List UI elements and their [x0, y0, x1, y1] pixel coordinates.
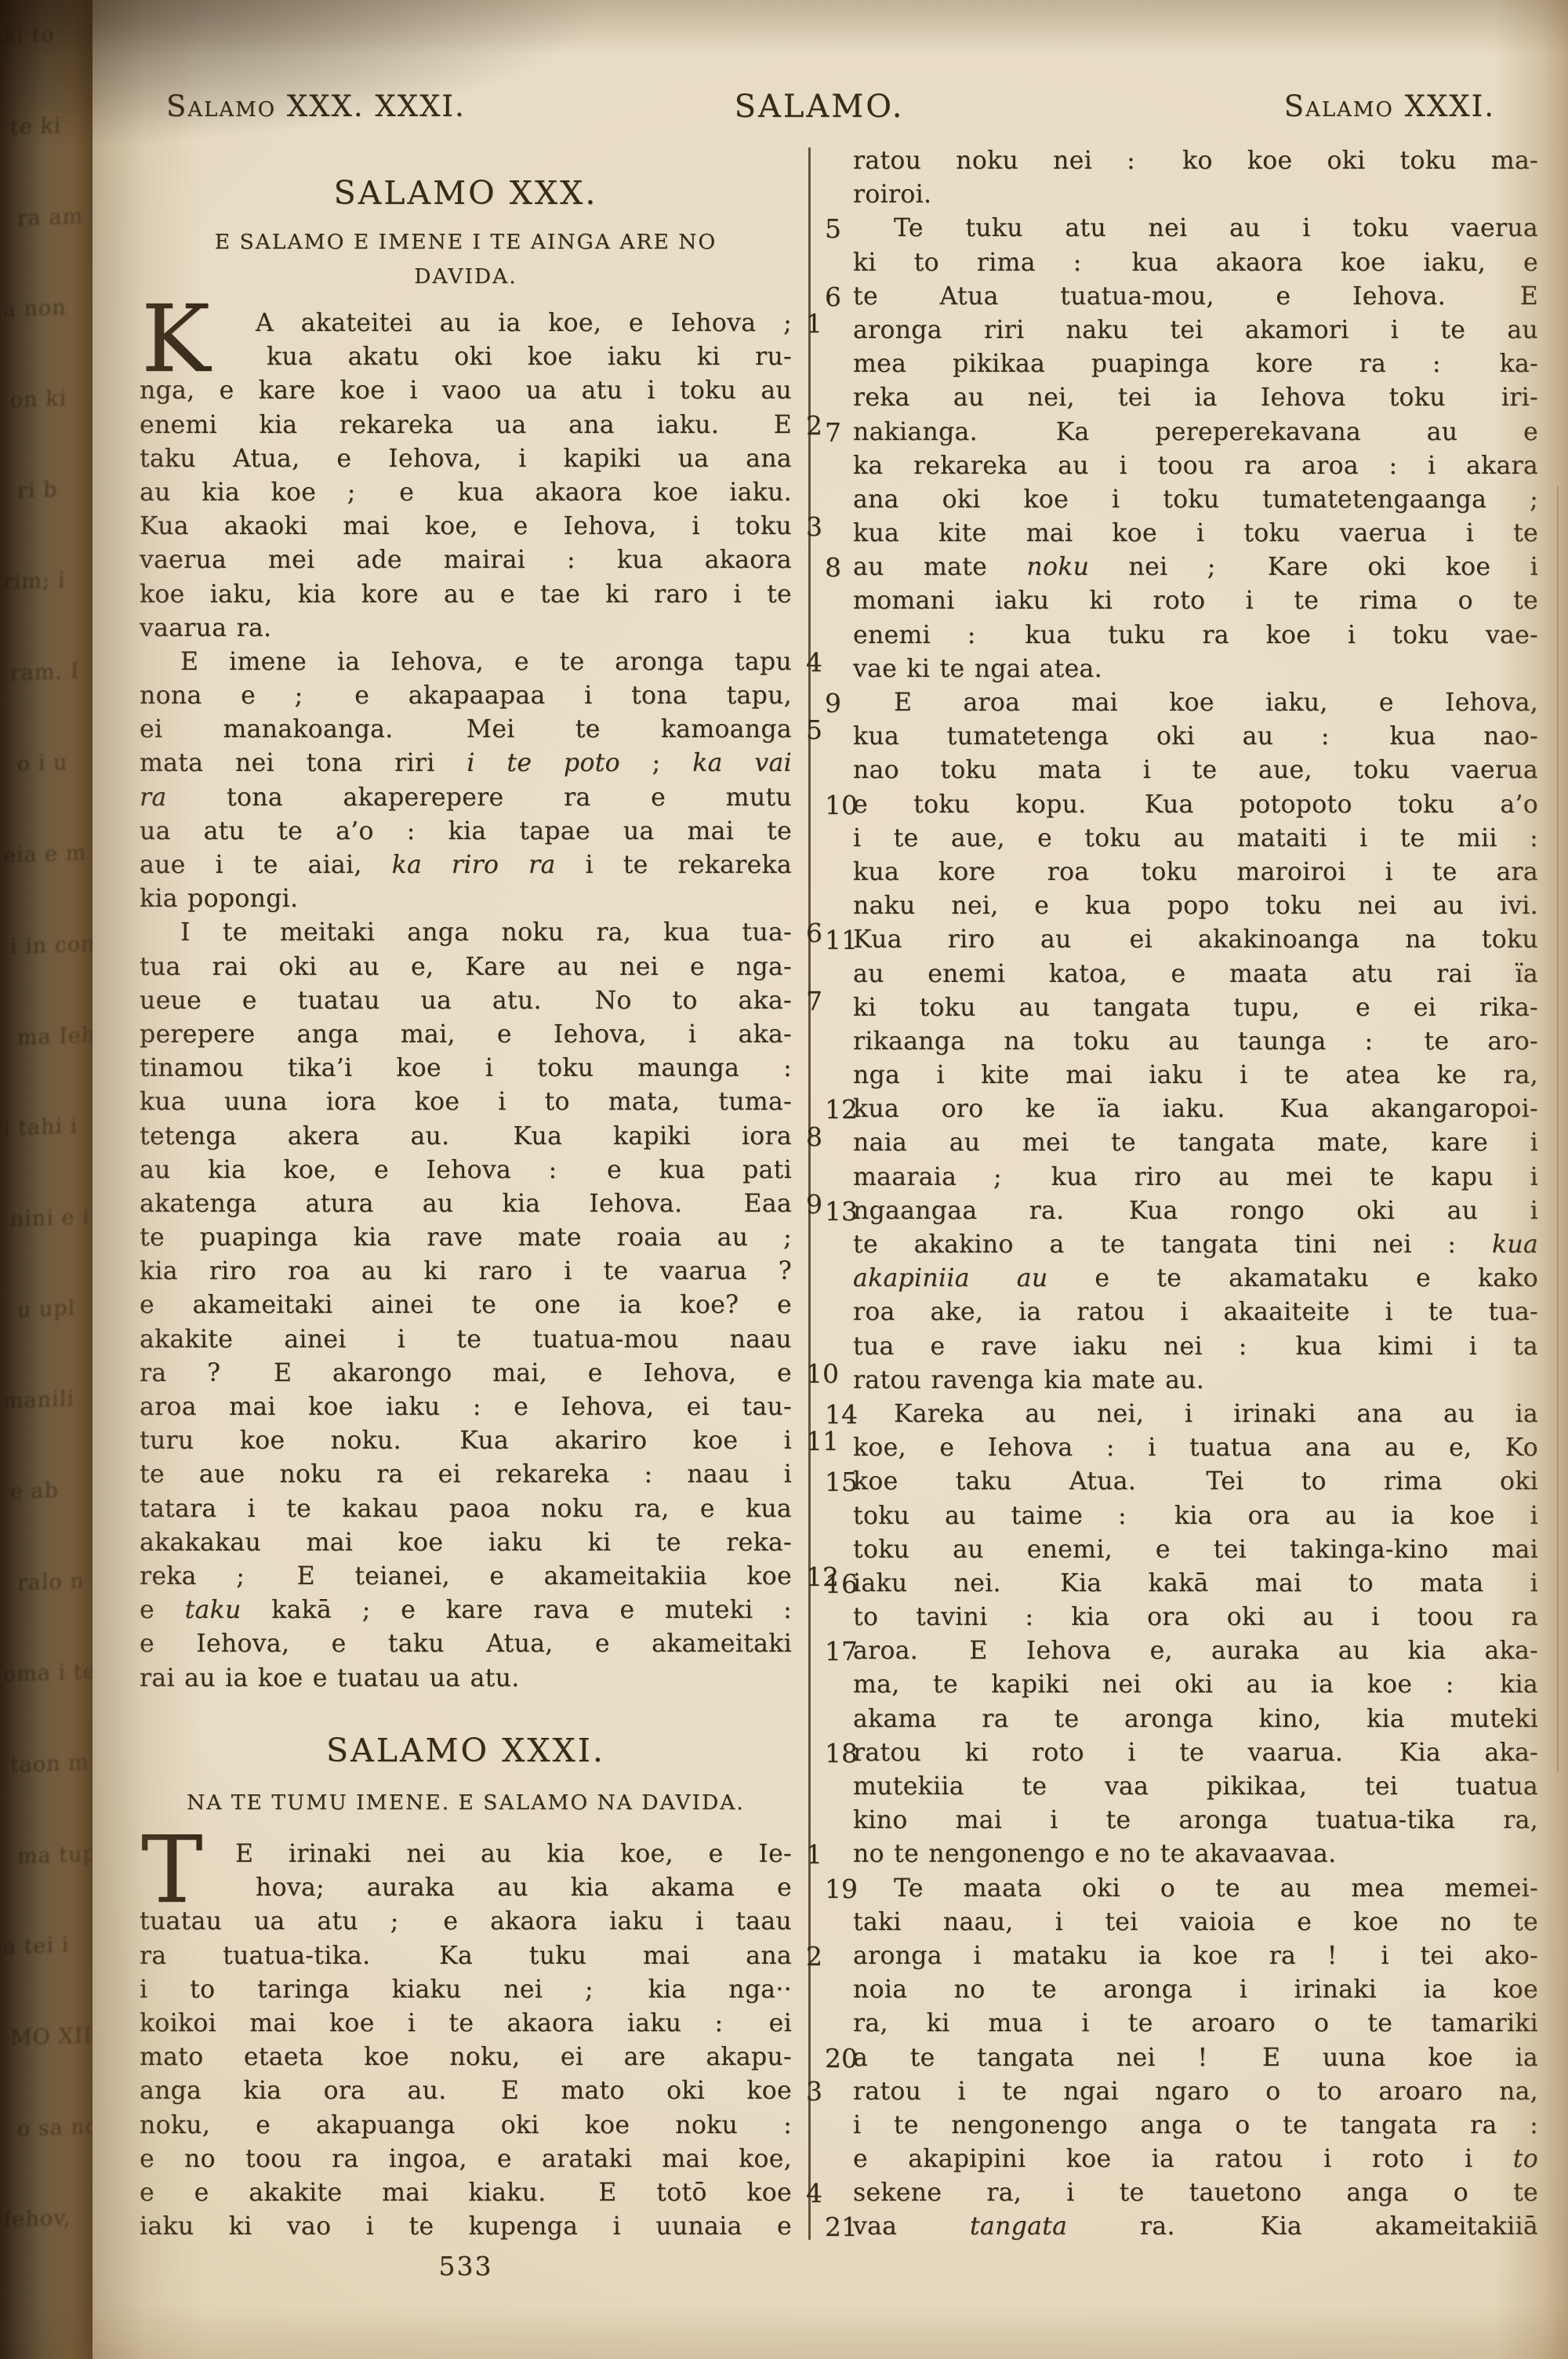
- verse-number: 14: [825, 1398, 880, 1431]
- text-line: toku au taime : kia ora au ia koe i: [853, 1499, 1538, 1533]
- previous-page-text-fragment: o sa no: [16, 2114, 93, 2142]
- text-line: turu koe noku. Kua akariro koe i11: [140, 1424, 792, 1458]
- text-line: rai au ia koe e tuatau ua atu.: [140, 1662, 792, 1696]
- previous-page-text-fragment: ra am: [16, 205, 83, 231]
- previous-page-text-fragment: ma tups: [16, 1841, 93, 1869]
- text-line: tua e rave iaku nei : kua kimi i ta: [853, 1330, 1538, 1364]
- previous-page-text-fragment: i in com: [9, 932, 93, 959]
- verse-number: 12: [825, 1092, 880, 1126]
- text-line: mutekiia te vaa pikikaa, tei tuatua: [853, 1770, 1538, 1804]
- verse-number: 20: [825, 2041, 880, 2075]
- text-line: aue i te aiai, ka riro ra i te rekareka: [140, 849, 792, 882]
- text-line: tetenga akera au. Kua kapiki iora8: [140, 1120, 792, 1154]
- text-line: noia no te aronga i irinaki ia koe: [853, 1973, 1538, 2007]
- right-margin-rule: [1557, 486, 1559, 1772]
- text-line: iaku nei. Kia kakā mai to mata i16: [853, 1567, 1538, 1601]
- previous-page-text-fragment: MO XII: [9, 2023, 93, 2051]
- psalm-31-subtitle: NA TE TUMU IMENE. E SALAMO NA DAVIDA.: [140, 1790, 792, 1815]
- text-line: I te meitaki anga noku ra, kua tua-6: [140, 916, 792, 950]
- text-line: Kareka au nei, i irinaki ana au ia14: [853, 1398, 1538, 1431]
- text-line: akakite ainei i te tuatua-mou naau: [140, 1323, 792, 1357]
- text-line: ei manakoanga. Mei te kamoanga5: [140, 713, 792, 747]
- text-line: a te tangata nei ! E uuna koe ia20: [853, 2041, 1538, 2075]
- text-line: roa ake, ia ratou i akaaiteite i te tua-: [853, 1296, 1538, 1329]
- text-line: au kia koe ; e kua akaora koe iaku.: [140, 476, 792, 510]
- verse-number: 8: [825, 551, 880, 584]
- previous-page-text-fragment: rim; i: [2, 569, 66, 595]
- text-line: ka rekareka au i toou ra aroa : i akara: [853, 449, 1538, 483]
- text-line: e Iehova, e taku Atua, e akameitaki: [140, 1627, 792, 1661]
- text-line: Te tuku atu nei au i toku vaerua5: [853, 212, 1538, 245]
- text-line: hova; auraka au kia akama e: [140, 1871, 792, 1905]
- verse-number: 7: [806, 984, 853, 1018]
- text-line: ngaangaa ra. Kua rongo oki au i13: [853, 1194, 1538, 1228]
- text-line: mea pikikaa puapinga kore ra : ka-: [853, 347, 1538, 381]
- text-line: E aroa mai koe iaku, e Iehova,9: [853, 686, 1538, 720]
- text-line: aroa. E Iehova e, auraka au kia aka-17: [853, 1634, 1538, 1668]
- text-line: vae ki te ngai atea.: [853, 652, 1538, 686]
- text-line: e taku kakā ; e kare rava e muteki :: [140, 1594, 792, 1627]
- text-line: naia au mei te tangata mate, kare i: [853, 1126, 1538, 1160]
- text-line: reka au nei, tei ia Iehova toku iri-: [853, 381, 1538, 415]
- text-line: te puapinga kia rave mate roaia au ;: [140, 1221, 792, 1255]
- previous-page-text-fragment: e ab: [9, 1478, 59, 1504]
- previous-page-text-fragment: o i u: [16, 751, 67, 776]
- text-line: momani iaku ki roto i te rima o te: [853, 584, 1538, 618]
- verse-number: 16: [825, 1567, 880, 1601]
- psalm-30-subtitle-line1: E SALAMO E IMENE I TE AINGA ARE NO: [140, 230, 792, 254]
- text-line: akama ra te aronga kino, kia muteki: [853, 1703, 1538, 1736]
- previous-page-text-fragment: ralo n: [16, 1568, 85, 1595]
- previous-page-text-fragment: on ki: [9, 387, 67, 413]
- text-line: Kua akaoki mai koe, e Iehova, i toku3: [140, 510, 792, 543]
- text-line: vaarua ra.: [140, 612, 792, 645]
- text-line: koe, e Iehova : i tuatua ana au e, Ko: [853, 1431, 1538, 1465]
- previous-page-text-fragment: a tei i: [2, 1932, 69, 1959]
- text-line: nga, e kare koe i vaoo ua atu i toku au: [140, 374, 792, 408]
- text-line: ra, ki mua i te aroaro o te tamariki: [853, 2007, 1538, 2041]
- verse-number: 17: [825, 1634, 880, 1668]
- text-line: ma, te kapiki nei oki au ia koe : kia: [853, 1668, 1538, 1702]
- previous-page-text-fragment: Iehov,: [2, 2205, 71, 2232]
- text-line: E imene ia Iehova, e te aronga tapu4: [140, 645, 792, 679]
- text-line: i te aue, e toku au mataiti i te mii :: [853, 822, 1538, 856]
- text-line: reka ; E teianei, e akameitakiia koe12: [140, 1560, 792, 1594]
- verse-number: 3: [806, 510, 853, 543]
- verse-number: 9: [825, 686, 880, 720]
- text-line: vaerua mei ade mairai : kua akaora: [140, 543, 792, 577]
- verse-number: 10: [825, 788, 880, 822]
- text-line: ratou ki roto i te vaarua. Kia aka-18: [853, 1736, 1538, 1770]
- verse-number: 13: [825, 1194, 880, 1228]
- verse-number: 15: [825, 1465, 880, 1499]
- text-line: maaraia ; kua riro au mei te kapu i: [853, 1161, 1538, 1194]
- text-line: sekene ra, i te tauetono anga o te: [853, 2176, 1538, 2210]
- previous-page-text-fragment: oma i te: [2, 1659, 93, 1687]
- text-line: ratou ravenga kia mate au.: [853, 1364, 1538, 1398]
- text-line: ana oki koe i toku tumatetengaanga ;: [853, 483, 1538, 517]
- previous-page-text-fragment: i tahi i: [2, 1114, 78, 1140]
- text-line: e e akakite mai kiaku. E totō koe4: [140, 2176, 792, 2210]
- text-line: koikoi mai koe i te akaora iaku : ei: [140, 2007, 792, 2041]
- psalm-30-subtitle-line2: DAVIDA.: [140, 264, 792, 289]
- text-line: tua rai oki au e, Kare au nei e nga-: [140, 951, 792, 984]
- previous-page-text-fragment: taon m: [9, 1750, 89, 1778]
- text-line: kia riro roa au ki raro i te vaarua ?: [140, 1255, 792, 1289]
- verse-number: 10: [806, 1357, 853, 1390]
- text-line: i te nengonengo anga o te tangata ra :: [853, 2109, 1538, 2143]
- text-line: ratou noku nei : ko koe oki toku ma-: [853, 144, 1538, 178]
- psalm-31-text-column: T E irinaki nei au kia koe, e Ie-1hova; …: [140, 1837, 792, 2244]
- text-line: kua kore roa toku maroiroi i te ara: [853, 856, 1538, 889]
- text-line: kino mai i te aronga tuatua-tika ra,: [853, 1804, 1538, 1837]
- text-line: to tavini : kia ora oki au i toou ra: [853, 1601, 1538, 1634]
- previous-page-edge: ki tote kira ama nonon kiri brim; iram. …: [0, 0, 93, 2359]
- text-line: rikaanga na toku au taunga : te aro-: [853, 1025, 1538, 1059]
- text-line: perepere anga mai, e Iehova, i aka-: [140, 1018, 792, 1052]
- text-line: ueue e tuatau ua atu. No to aka-7: [140, 984, 792, 1018]
- text-line: tatara i te kakau paoa noku ra, e kua: [140, 1492, 792, 1526]
- text-line: aronga riri naku tei akamori i te au: [853, 314, 1538, 347]
- text-line: tinamou tika’i koe i toku maunga :: [140, 1052, 792, 1085]
- text-line: A akateitei au ia koe, e Iehova ;1: [140, 307, 792, 340]
- text-line: enemi : kua tuku ra koe i toku vae-: [853, 619, 1538, 652]
- previous-page-text-fragment: ki to: [2, 23, 55, 49]
- text-line: kua tumatetenga oki au : kua nao-: [853, 720, 1538, 754]
- text-line: e akapipini koe ia ratou i roto i to: [853, 2143, 1538, 2176]
- text-line: taku Atua, e Iehova, i kapiki ua ana: [140, 442, 792, 476]
- text-line: te aue noku ra ei rekareka : naau i: [140, 1458, 792, 1492]
- previous-page-text-fragment: a non: [2, 296, 67, 322]
- running-head-center: SALAMO.: [729, 88, 909, 125]
- text-line: i to taringa kiaku nei ; kia nga··: [140, 1973, 792, 2007]
- text-line: mata nei tona riri i te poto ; ka vai: [140, 747, 792, 780]
- verse-number: 4: [806, 645, 853, 679]
- text-line: no te nengonengo e no te akavaavaa.: [853, 1837, 1538, 1871]
- text-line: akakakau mai koe iaku ki te reka-: [140, 1526, 792, 1560]
- verse-number: 6: [825, 280, 880, 314]
- text-line: au mate noku nei ; Kare oki koe i8: [853, 551, 1538, 584]
- text-line: ra tuatua-tika. Ka tuku mai ana2: [140, 1939, 792, 1973]
- text-line: akatenga atura au kia Iehova. Eaa9: [140, 1187, 792, 1221]
- previous-page-text-fragment: te ki: [9, 114, 61, 140]
- text-line: te Atua tuatua-mou, e Iehova. E6: [853, 280, 1538, 314]
- text-line: e toku kopu. Kua potopoto toku a’o10: [853, 788, 1538, 822]
- verse-number: 18: [825, 1736, 880, 1770]
- text-line: toku au enemi, e tei takinga-kino mai: [853, 1533, 1538, 1567]
- text-line: roiroi.: [853, 178, 1538, 212]
- text-line: Te maata oki o te au mea memei-19: [853, 1872, 1538, 1906]
- text-line: ki to rima : kua akaora koe iaku, e: [853, 246, 1538, 280]
- previous-page-text-fragment: ram. I: [9, 659, 79, 685]
- previous-page-text-fragment: ma Ieho: [16, 1023, 93, 1050]
- text-line: ratou i te ngai ngaro o to aroaro na,: [853, 2075, 1538, 2109]
- running-head-right: Salamo XXXI.: [1219, 88, 1495, 125]
- text-line: iaku ki vao i te kupenga i uunaia e: [140, 2210, 792, 2244]
- text-line: nga i kite mai iaku i te atea ke ra,: [853, 1059, 1538, 1092]
- text-line: enemi kia rekareka ua ana iaku. E2: [140, 409, 792, 442]
- text-line: aroa mai koe iaku : e Iehova, ei tau-: [140, 1390, 792, 1424]
- previous-page-text-fragment: ri b: [16, 478, 57, 503]
- text-line: mato etaeta koe noku, ei are akapu-: [140, 2041, 792, 2074]
- verse-number: 21: [825, 2210, 880, 2244]
- page-number: 533: [140, 2251, 792, 2281]
- book-page-photo: ki tote kira ama nonon kiri brim; iram. …: [0, 0, 1568, 2359]
- verse-number: 19: [825, 1872, 880, 1906]
- text-line: e akameitaki ainei te one ia koe? e: [140, 1289, 792, 1322]
- text-line: E irinaki nei au kia koe, e Ie-1: [140, 1837, 792, 1871]
- text-line: e no toou ra ingoa, e arataki mai koe,: [140, 2143, 792, 2176]
- verse-number: 7: [825, 416, 880, 449]
- text-line: aronga i mataku ia koe ra ! i tei ako-: [853, 1939, 1538, 1973]
- right-text-column: ratou noku nei : ko koe oki toku ma-roir…: [853, 144, 1538, 2245]
- previous-page-text-fragment: nini e i: [9, 1205, 90, 1232]
- previous-page-text-fragment: manili: [2, 1387, 74, 1413]
- verse-number: 5: [825, 212, 880, 245]
- text-line: ra ? E akarongo mai, e Iehova, e10: [140, 1357, 792, 1390]
- verse-number: 1: [806, 1837, 853, 1871]
- text-line: tuatau ua atu ; e akaora iaku i taau: [140, 1905, 792, 1939]
- verse-number: 11: [825, 923, 880, 957]
- text-line: kua kite mai koe i toku vaerua i te: [853, 517, 1538, 551]
- text-line: nona e ; e akapaapaa i tona tapu,: [140, 679, 792, 713]
- text-line: Kua riro au ei akakinoanga na toku11: [853, 923, 1538, 957]
- text-line: koe iaku, kia kore au e tae ki raro i te: [140, 578, 792, 612]
- previous-page-text-fragment: eia e m: [2, 841, 86, 868]
- text-line: naku nei, e kua popo toku nei au ivi.: [853, 889, 1538, 923]
- previous-page-text-fragment: u upl: [16, 1296, 75, 1323]
- text-line: koe taku Atua. Tei to rima oki15: [853, 1465, 1538, 1499]
- psalm-31-title: SALAMO XXXI.: [140, 1732, 792, 1769]
- text-line: nakianga. Ka pereperekavana au e7: [853, 416, 1538, 449]
- text-line: anga kia ora au. E mato oki koe3: [140, 2074, 792, 2108]
- text-line: ki toku au tangata tupu, e ei rika-: [853, 991, 1538, 1025]
- text-line: noku, e akapuanga oki koe noku :: [140, 2109, 792, 2143]
- psalm-30-title: SALAMO XXX.: [140, 174, 792, 212]
- text-line: vaa tangata ra. Kia akameitakiiā21: [853, 2210, 1538, 2244]
- text-line: au kia koe, e Iehova : e kua pati: [140, 1154, 792, 1187]
- verse-number: 3: [806, 2074, 853, 2108]
- text-line: kua akatu oki koe iaku ki ru-: [140, 340, 792, 374]
- text-line: au enemi katoa, e maata atu rai ïa: [853, 958, 1538, 991]
- text-line: taki naau, i tei vaioia e koe no te: [853, 1906, 1538, 1939]
- text-line: ra tona akaperepere ra e mutu: [140, 781, 792, 815]
- psalm-30-text-column: K A akateitei au ia koe, e Iehova ;1kua …: [140, 307, 792, 1696]
- text-line: ua atu te a’o : kia tapae ua mai te: [140, 815, 792, 849]
- text-line: kua oro ke ïa iaku. Kua akangaropoi-12: [853, 1092, 1538, 1126]
- text-line: te akakino a te tangata tini nei : kua: [853, 1228, 1538, 1262]
- running-head-left: Salamo XXX. XXXI.: [166, 88, 466, 125]
- verse-number: 4: [806, 2176, 853, 2210]
- verse-number: 2: [806, 1939, 853, 1973]
- text-line: kua uuna iora koe i to mata, tuma-: [140, 1085, 792, 1119]
- text-line: kia popongi.: [140, 882, 792, 916]
- text-line: akapiniia au e te akamataku e kako: [853, 1262, 1538, 1296]
- text-line: nao toku mata i te aue, toku vaerua: [853, 754, 1538, 787]
